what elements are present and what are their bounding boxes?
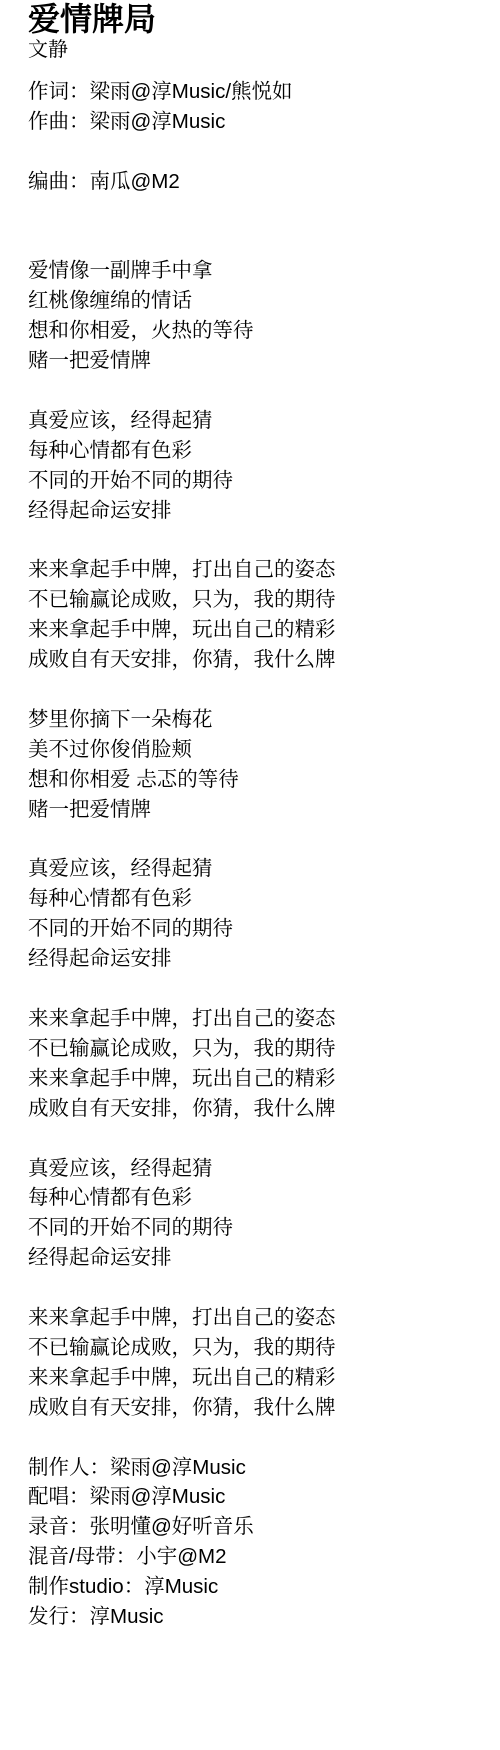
lyric-line: 每种心情都有色彩: [28, 436, 476, 466]
lyric-line: 不同的开始不同的期待: [28, 466, 476, 496]
lyric-line: 经得起命运安排: [28, 1243, 476, 1273]
credit-line: 编曲：南瓜@M2: [28, 167, 476, 197]
stanza-chorus-2: 来来拿起手中牌，打出自己的姿态 不已输赢论成败，只为，我的期待 来来拿起手中牌，…: [28, 1004, 476, 1124]
lyric-line: 不已输赢论成败，只为，我的期待: [28, 1034, 476, 1064]
credit-line: 作曲：梁雨@淳Music: [28, 107, 476, 137]
lyric-line: 美不过你俊俏脸颊: [28, 735, 476, 765]
lyric-line: 每种心情都有色彩: [28, 1183, 476, 1213]
credit-line: 制作studio：淳Music: [28, 1572, 476, 1602]
stanza-prechorus-1: 真爱应该，经得起猜 每种心情都有色彩 不同的开始不同的期待 经得起命运安排: [28, 406, 476, 526]
lyric-line: 每种心情都有色彩: [28, 884, 476, 914]
stanza-chorus-1: 来来拿起手中牌，打出自己的姿态 不已输赢论成败，只为，我的期待 来来拿起手中牌，…: [28, 555, 476, 675]
lyric-line: 经得起命运安排: [28, 496, 476, 526]
stanza-prechorus-3: 真爱应该，经得起猜 每种心情都有色彩 不同的开始不同的期待 经得起命运安排: [28, 1154, 476, 1274]
lyric-line: 来来拿起手中牌，玩出自己的精彩: [28, 1363, 476, 1393]
credit-line: 录音：张明懂@好听音乐: [28, 1512, 476, 1542]
lyric-line: 来来拿起手中牌，玩出自己的精彩: [28, 1064, 476, 1094]
stanza-verse-2: 梦里你摘下一朵梅花 美不过你俊俏脸颊 想和你相爱 忐忑的等待 赌一把爱情牌: [28, 705, 476, 825]
lyric-line: 想和你相爱，火热的等待: [28, 316, 476, 346]
credit-line: 发行：淳Music: [28, 1602, 476, 1632]
lyric-line: 爱情像一副牌手中拿: [28, 256, 476, 286]
stanza-credits-top: 作词：梁雨@淳Music/熊悦如 作曲：梁雨@淳Music: [28, 77, 476, 137]
lyric-line: 成败自有天安排，你猜，我什么牌: [28, 1094, 476, 1124]
credit-line: 作词：梁雨@淳Music/熊悦如: [28, 77, 476, 107]
lyric-line: 成败自有天安排，你猜，我什么牌: [28, 1393, 476, 1423]
lyric-line: 梦里你摘下一朵梅花: [28, 705, 476, 735]
credit-line: 制作人：梁雨@淳Music: [28, 1453, 476, 1483]
lyric-line: 想和你相爱 忐忑的等待: [28, 765, 476, 795]
lyric-line: 赌一把爱情牌: [28, 346, 476, 376]
lyric-line: 来来拿起手中牌，打出自己的姿态: [28, 1303, 476, 1333]
lyric-line: 不已输赢论成败，只为，我的期待: [28, 1333, 476, 1363]
lyric-line: 成败自有天安排，你猜，我什么牌: [28, 645, 476, 675]
lyric-line: 来来拿起手中牌，打出自己的姿态: [28, 555, 476, 585]
lyric-line: 红桃像缠绵的情话: [28, 286, 476, 316]
stanza-verse-1: 爱情像一副牌手中拿 红桃像缠绵的情话 想和你相爱，火热的等待 赌一把爱情牌: [28, 256, 476, 376]
lyric-line: 真爱应该，经得起猜: [28, 1154, 476, 1184]
credit-line: 配唱：梁雨@淳Music: [28, 1482, 476, 1512]
artist-name: 文静: [28, 37, 476, 63]
lyric-line: 来来拿起手中牌，打出自己的姿态: [28, 1004, 476, 1034]
lyric-line: 赌一把爱情牌: [28, 795, 476, 825]
lyric-line: 不已输赢论成败，只为，我的期待: [28, 585, 476, 615]
lyric-line: 经得起命运安排: [28, 944, 476, 974]
lyric-line: 来来拿起手中牌，玩出自己的精彩: [28, 615, 476, 645]
lyric-line: 不同的开始不同的期待: [28, 1213, 476, 1243]
lyric-line: 不同的开始不同的期待: [28, 914, 476, 944]
lyric-line: 真爱应该，经得起猜: [28, 854, 476, 884]
credit-line: 混音/母带：小宇@M2: [28, 1542, 476, 1572]
stanza-arranger: 编曲：南瓜@M2: [28, 167, 476, 197]
stanza-credits-footer: 制作人：梁雨@淳Music 配唱：梁雨@淳Music 录音：张明懂@好听音乐 混…: [28, 1453, 476, 1632]
song-title: 爱情牌局: [28, 1, 476, 37]
stanza-chorus-3: 来来拿起手中牌，打出自己的姿态 不已输赢论成败，只为，我的期待 来来拿起手中牌，…: [28, 1303, 476, 1423]
lyric-line: 真爱应该，经得起猜: [28, 406, 476, 436]
lyrics-page: 爱情牌局 文静 作词：梁雨@淳Music/熊悦如 作曲：梁雨@淳Music 编曲…: [0, 0, 500, 1632]
stanza-prechorus-2: 真爱应该，经得起猜 每种心情都有色彩 不同的开始不同的期待 经得起命运安排: [28, 854, 476, 974]
